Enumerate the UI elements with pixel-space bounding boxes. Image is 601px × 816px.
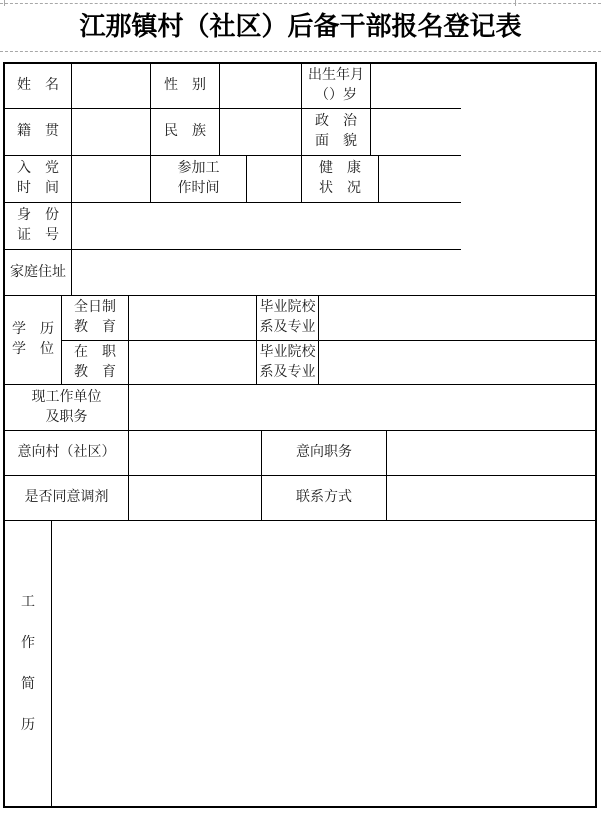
work-history-value-cell[interactable] <box>52 521 595 806</box>
ethnicity-label: 民 族 <box>151 109 220 156</box>
party-join-time-label: 入 党 时 间 <box>5 156 72 203</box>
row-current-job: 现工作单位 及职务 <box>5 385 595 431</box>
inservice-education-value-cell[interactable] <box>129 341 257 385</box>
native-place-value-cell[interactable] <box>72 109 151 156</box>
row-nativeplace-ethnicity-politics: 籍 贯 民 族 政 治 面 貌 <box>5 109 462 156</box>
row-id-number: 身 份 证 号 <box>5 203 462 250</box>
work-history-label: 工 作 简 历 <box>5 521 52 806</box>
current-job-label: 现工作单位 及职务 <box>5 385 129 431</box>
row-adjustment-contact: 是否同意调剂 联系方式 <box>5 476 595 521</box>
political-status-label: 政 治 面 貌 <box>302 109 371 156</box>
fulltime-school-value-cell[interactable] <box>319 296 595 341</box>
row-home-address: 家庭住址 <box>5 250 462 296</box>
home-address-label: 家庭住址 <box>5 250 72 296</box>
id-number-label: 身 份 证 号 <box>5 203 72 250</box>
name-value-cell[interactable] <box>72 64 151 109</box>
contact-label: 联系方式 <box>262 476 387 521</box>
fulltime-education-value-cell[interactable] <box>129 296 257 341</box>
agree-adjustment-label: 是否同意调剂 <box>5 476 129 521</box>
text-boundary-line-under-title <box>0 51 601 52</box>
contact-value-cell[interactable] <box>387 476 595 521</box>
inservice-school-value-cell[interactable] <box>319 341 595 385</box>
ethnicity-value-cell[interactable] <box>220 109 302 156</box>
row-inservice-education: 在 职 教 育 毕业院校 系及专业 <box>62 341 595 385</box>
education-section: 学 历 学 位 全日制 教 育 毕业院校 系及专业 在 职 教 育 毕业院校 系… <box>5 296 595 385</box>
birth-date-label: 出生年月 （）岁 <box>302 64 371 109</box>
education-degree-label: 学 历 学 位 <box>5 296 62 385</box>
birth-date-value-cell[interactable] <box>371 64 462 109</box>
intended-position-value-cell[interactable] <box>387 431 595 476</box>
page-title: 江那镇村（社区）后备干部报名登记表 <box>0 3 601 51</box>
inservice-education-label: 在 职 教 育 <box>62 341 129 385</box>
political-status-value-cell[interactable] <box>371 109 462 156</box>
work-start-time-value-cell[interactable] <box>247 156 302 203</box>
current-job-value-cell[interactable] <box>129 385 595 431</box>
health-status-label: 健 康 状 况 <box>302 156 379 203</box>
inservice-school-label: 毕业院校 系及专业 <box>257 341 319 385</box>
home-address-value-cell[interactable] <box>72 250 462 296</box>
row-intended-village-position: 意向村（社区） 意向职务 <box>5 431 595 476</box>
intended-position-label: 意向职务 <box>262 431 387 476</box>
fulltime-education-label: 全日制 教 育 <box>62 296 129 341</box>
party-join-time-value-cell[interactable] <box>72 156 151 203</box>
fulltime-school-label: 毕业院校 系及专业 <box>257 296 319 341</box>
gender-value-cell[interactable] <box>220 64 302 109</box>
registration-form-table: 姓 名 性 别 出生年月 （）岁 籍 贯 民 族 政 治 面 貌 入 党 时 间… <box>3 62 597 808</box>
photo-cell[interactable] <box>461 64 595 296</box>
education-subrows: 全日制 教 育 毕业院校 系及专业 在 职 教 育 毕业院校 系及专业 <box>62 296 595 385</box>
name-label: 姓 名 <box>5 64 72 109</box>
form-page: 江那镇村（社区）后备干部报名登记表 姓 名 性 别 出生年月 （）岁 籍 贯 民… <box>0 0 601 816</box>
id-number-value-cell[interactable] <box>72 203 462 250</box>
work-start-time-label: 参加工 作时间 <box>151 156 247 203</box>
gender-label: 性 别 <box>151 64 220 109</box>
intended-village-value-cell[interactable] <box>129 431 262 476</box>
row-work-history: 工 作 简 历 <box>5 521 595 806</box>
health-status-value-cell[interactable] <box>379 156 462 203</box>
intended-village-label: 意向村（社区） <box>5 431 129 476</box>
native-place-label: 籍 贯 <box>5 109 72 156</box>
row-party-workstart-health: 入 党 时 间 参加工 作时间 健 康 状 况 <box>5 156 462 203</box>
row-name-gender-birth: 姓 名 性 别 出生年月 （）岁 <box>5 64 462 109</box>
agree-adjustment-value-cell[interactable] <box>129 476 262 521</box>
row-fulltime-education: 全日制 教 育 毕业院校 系及专业 <box>62 296 595 341</box>
